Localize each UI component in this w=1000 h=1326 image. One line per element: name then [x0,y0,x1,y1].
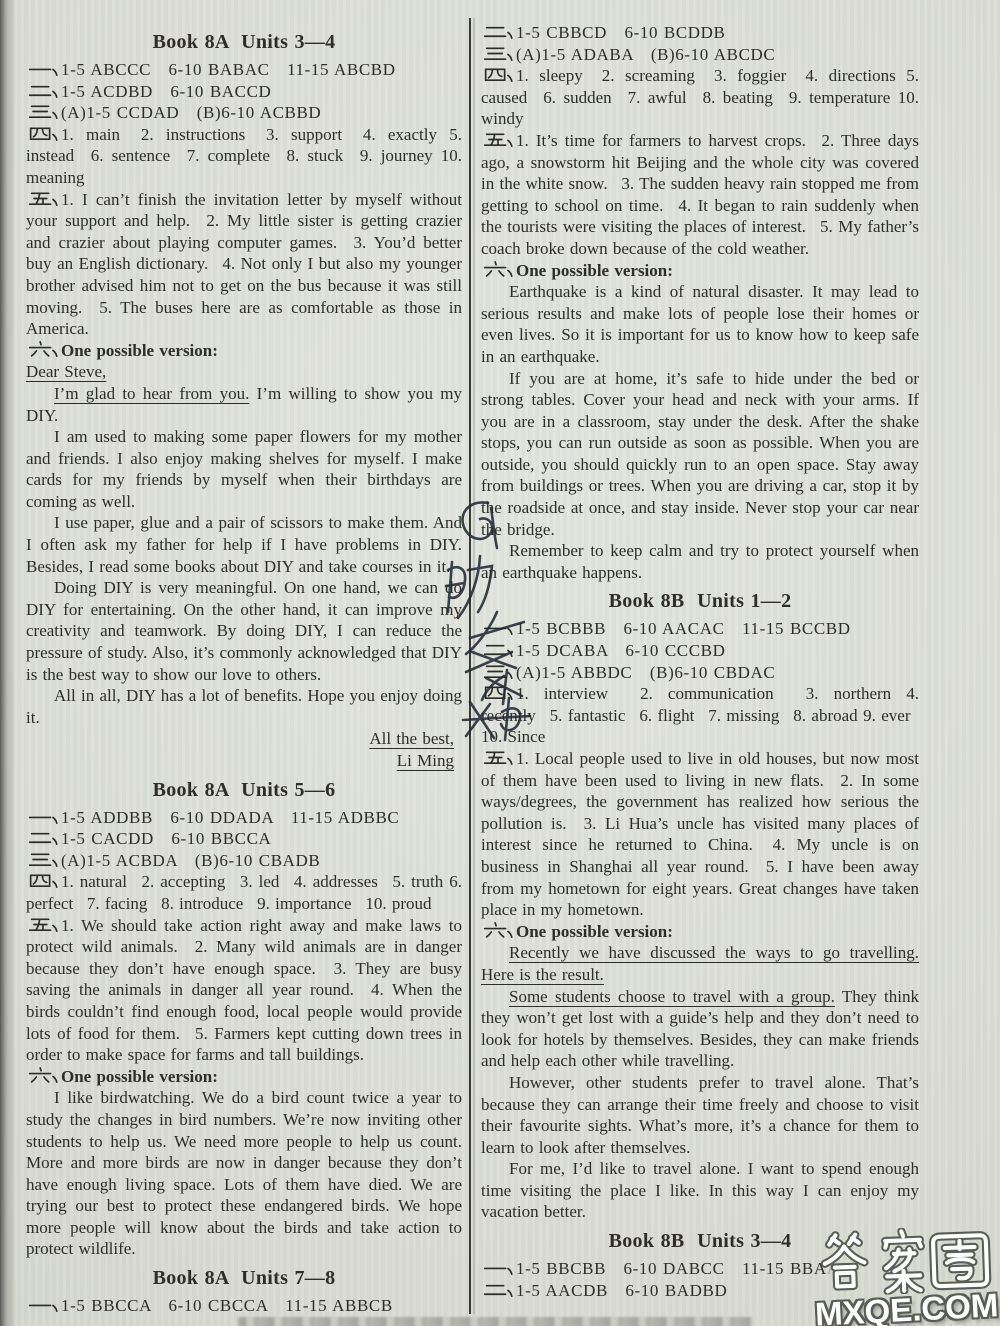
text-segment: All in all, DIY has a lot of benefits. H… [26,686,462,727]
paragraph: 1. sleepy 2. screaming 3. foggier 4. dir… [481,65,919,130]
paragraph: 1. main 2. instructions 3. support 4. ex… [26,124,462,189]
paragraph: 1. I can’t finish the invitation letter … [26,189,462,340]
answer-line: (A)1-5 ADABA (B)6-10 ABCDC [481,44,919,66]
answer-line: (A)1-5 ACBDA (B)6-10 CBADB [26,850,462,872]
marker-liu-icon [481,921,515,940]
marker-er-icon [481,22,515,41]
text-segment: One possible version: [61,341,218,360]
text-segment: 1. I can’t finish the invitation letter … [26,190,462,339]
text-segment: Doing DIY is very meaningful. On one han… [26,578,462,683]
text-segment: (A)1-5 ACBDA (B)6-10 CBADB [61,851,320,870]
section-heading-text: Book 8B Units 3—4 [609,1230,792,1252]
paragraph: I’m glad to hear from you. I’m willing t… [26,383,462,426]
text-segment: 1-5 CACDD 6-10 BBCCA [61,829,271,848]
text-segment: I’m glad to hear from you. [54,384,249,403]
marker-wu-icon [481,748,515,767]
paragraph: One possible version: [26,340,462,362]
paragraph: Recently we have discussed the ways to g… [481,942,919,985]
paragraph: Doing DIY is very meaningful. On one han… [26,577,462,685]
marker-yi-icon [481,618,515,637]
marker-yi-icon [26,59,60,78]
text-segment: Earthquake is a kind of natural disaster… [481,282,919,366]
paragraph: I like birdwatching. We do a bird count … [26,1087,462,1260]
marker-san-icon [481,662,515,681]
marker-san-icon [26,102,60,121]
marker-yi-icon [26,807,60,826]
text-segment: AD [827,1259,853,1278]
marker-liu-icon [26,1066,60,1085]
marker-wu-icon [26,189,60,208]
paragraph: However, other students prefer to travel… [481,1072,919,1158]
paragraph: 1. We should take action right away and … [26,915,462,1066]
marker-er-icon [481,1280,515,1299]
answer-line: 1-5 ADDBB 6-10 DDADA 11-15 ADBBC [26,807,462,829]
section-heading: Book 8B Units 1—2 [481,589,919,614]
text-segment: 1-5 BBCCA 6-10 CBCCA 11-15 ABBCB [61,1296,393,1315]
text-segment: (A)1-5 ABBDC (B)6-10 CBDAC [516,663,775,682]
marker-er-icon [26,828,60,847]
text-segment: Remember to keep calm and try to protect… [481,541,919,582]
text-segment: I use paper, glue and a pair of scissors… [26,513,462,575]
marker-san-icon [481,44,515,63]
answer-line: (A)1-5 ABBDC (B)6-10 CBDAC [481,662,919,684]
text-segment: 1-5 ACDBD 6-10 BACCD [61,82,271,101]
marker-er-icon [481,640,515,659]
text-segment: 1-5 ABCCC 6-10 BABAC 11-15 ABCBD [61,60,396,79]
text-segment: 1. natural 2. accepting 3. led 4. addres… [26,872,462,913]
text-segment: 1-5 BBCBB 6-10 DABCC 11-15 BBA [516,1259,827,1278]
text-segment: However, other students prefer to travel… [481,1073,919,1157]
answer-line: 1-5 CBBCD 6-10 BCDDB [481,22,919,44]
marker-si-icon [26,124,60,143]
marker-liu-icon [481,260,515,279]
text-segment: (A)1-5 CCDAD (B)6-10 ACBBD [61,103,321,122]
answer-line: 1-5 BBCCA 6-10 CBCCA 11-15 ABBCB [26,1295,462,1317]
paragraph: One possible version: [481,260,919,282]
text-segment: 1. sleepy 2. screaming 3. foggier 4. dir… [481,66,919,128]
paragraph: 1. Local people used to live in old hous… [481,748,919,921]
text-segment: (A)1-5 ADABA (B)6-10 ABCDC [516,45,775,64]
text-segment: Some students choose to travel with a gr… [509,987,835,1006]
text-segment: For me, I’d like to travel alone. I want… [481,1159,919,1221]
marker-yi-icon [26,1295,60,1314]
paragraph: If you are at home, it’s safe to hide un… [481,368,919,541]
marker-san-icon [26,850,60,869]
text-segment: One possible version: [516,261,673,280]
marker-liu-icon [26,340,60,359]
left-column: Book 8A Units 3—41-5 ABCCC 6-10 BABAC 11… [26,24,462,1317]
section-heading-text: Book 8A Units 3—4 [153,31,336,53]
text-segment: All the best, [369,729,454,748]
answer-line: 1-5 CACDD 6-10 BBCCA [26,828,462,850]
answer-line: 1-5 DCABA 6-10 CCCBD [481,640,919,662]
text-segment: 1-5 AACDB 6-10 BADBD [516,1281,727,1300]
section-heading: Book 8A Units 3—4 [26,30,462,55]
text-segment: 1-5 DCABA 6-10 CCCBD [516,641,725,660]
marker-yi-icon [481,1258,515,1277]
text-segment: 1-5 BCBBB 6-10 AACAC 11-15 BCCBD [516,619,851,638]
paragraph: All in all, DIY has a lot of benefits. H… [26,685,462,728]
text-segment: 1. It’s time for farmers to harvest crop… [481,131,919,258]
cut-off-footer-text [238,1317,753,1326]
text-segment: One possible version: [516,922,673,941]
section-heading: Book 8B Units 3—4 [481,1229,919,1254]
text-segment: I like birdwatching. We do a bird count … [26,1088,462,1258]
section-heading-text: Book 8A Units 5—6 [153,779,336,801]
paragraph: 1. It’s time for farmers to harvest crop… [481,130,919,260]
text-segment: 1-5 ADDBB 6-10 DDADA 11-15 ADBBC [61,808,399,827]
paragraph: I am used to making some paper flowers f… [26,426,462,512]
paragraph: I use paper, glue and a pair of scissors… [26,512,462,577]
paragraph: 1. natural 2. accepting 3. led 4. addres… [26,871,462,914]
marker-si-icon [26,871,60,890]
scanned-page: Book 8A Units 3—41-5 ABCCC 6-10 BABAC 11… [0,0,1000,1326]
paragraph: 1. interview 2. communication 3. norther… [481,683,919,748]
marker-si-icon [481,683,515,702]
paragraph: Dear Steve, [26,361,462,383]
section-heading-text: Book 8A Units 7—8 [153,1267,336,1289]
paragraph: One possible version: [26,1066,462,1088]
text-segment: 1-5 CBBCD 6-10 BCDDB [516,23,725,42]
paragraph: Earthquake is a kind of natural disaster… [481,281,919,367]
paragraph: One possible version: [481,921,919,943]
text-segment: Recently we have discussed the ways to g… [481,943,919,984]
text-segment: I am used to making some paper flowers f… [26,427,462,511]
answer-line: 1-5 BBCBB 6-10 DABCC 11-15 BBAAD [481,1258,919,1280]
marker-si-icon [481,65,515,84]
answer-line: 1-5 AACDB 6-10 BADBD [481,1280,919,1302]
text-segment: 1. We should take action right away and … [26,916,462,1065]
paragraph: Some students choose to travel with a gr… [481,986,919,1072]
section-heading-text: Book 8B Units 1—2 [609,590,792,612]
paragraph: For me, I’d like to travel alone. I want… [481,1158,919,1223]
answer-line: 1-5 BCBBB 6-10 AACAC 11-15 BCCBD [481,618,919,640]
paragraph: Remember to keep calm and try to protect… [481,540,919,583]
right-column: 1-5 CBBCD 6-10 BCDDB(A)1-5 ADABA (B)6-10… [481,22,919,1301]
text-segment: 1. interview 2. communication 3. norther… [481,684,919,746]
text-segment: One possible version: [61,1067,218,1086]
text-segment: 1. main 2. instructions 3. support 4. ex… [26,125,462,187]
text-segment: Li Ming [397,751,454,770]
marker-wu-icon [26,915,60,934]
text-segment: Dear Steve, [26,362,106,381]
signature-line: All the best, [26,728,462,750]
text-segment: 1. Local people used to live in old hous… [481,749,919,919]
answer-line: 1-5 ABCCC 6-10 BABAC 11-15 ABCBD [26,59,462,81]
section-heading: Book 8A Units 7—8 [26,1266,462,1291]
signature-line: Li Ming [26,750,462,772]
text-segment: If you are at home, it’s safe to hide un… [481,369,919,539]
answer-line: (A)1-5 CCDAD (B)6-10 ACBBD [26,102,462,124]
marker-wu-icon [481,130,515,149]
answer-line: 1-5 ACDBD 6-10 BACCD [26,81,462,103]
marker-er-icon [26,81,60,100]
column-divider [469,18,471,1314]
section-heading: Book 8A Units 5—6 [26,778,462,803]
